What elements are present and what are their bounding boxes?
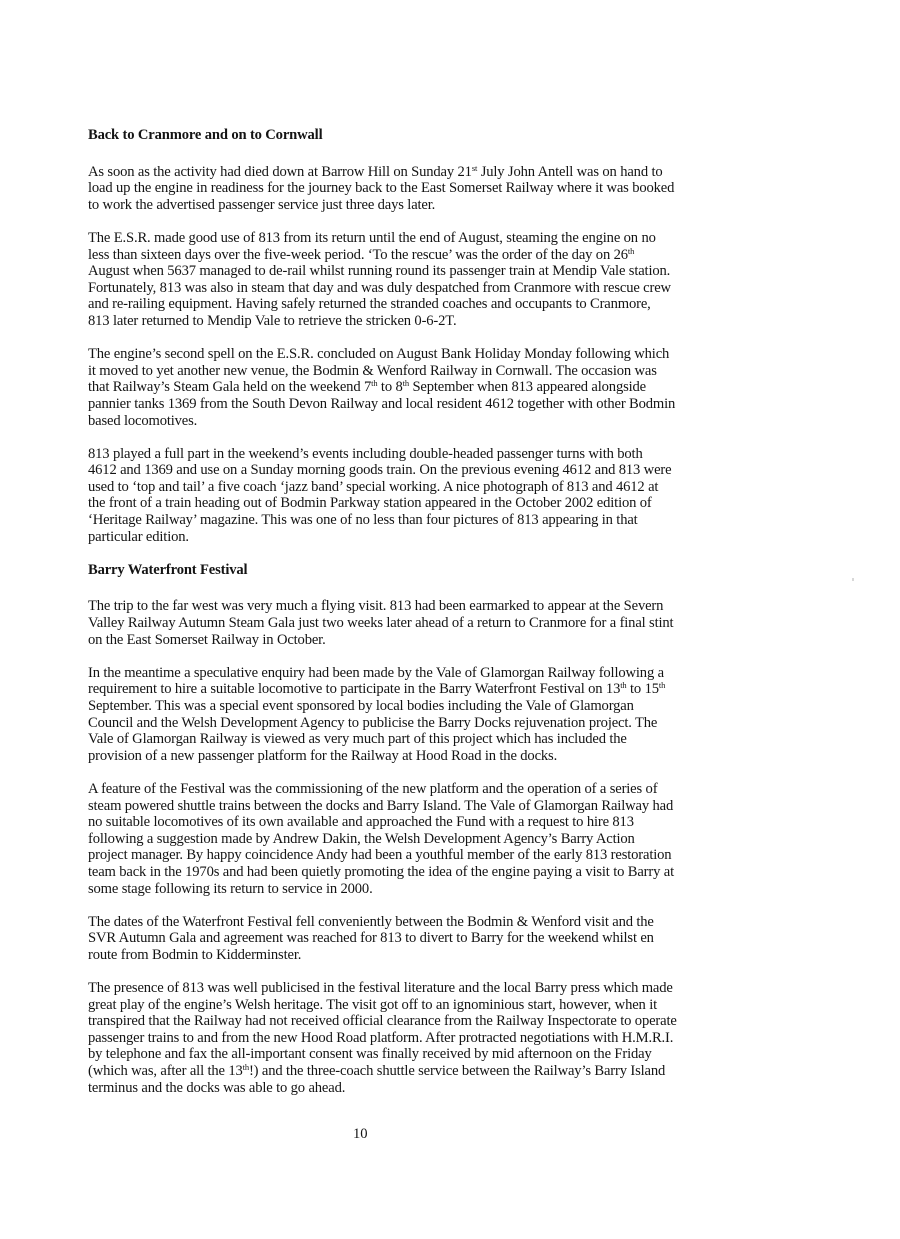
text-line: 813 played a full part in the weekend’s … (88, 446, 720, 463)
text-line: to work the advertised passenger service… (88, 197, 720, 214)
text-line: Council and the Welsh Development Agency… (88, 715, 720, 732)
text-line: In the meantime a speculative enquiry ha… (88, 665, 720, 682)
text-line: the front of a train heading out of Bodm… (88, 495, 720, 512)
text-line: and re-railing equipment. Having safely … (88, 296, 720, 313)
paragraph: The engine’s second spell on the E.S.R. … (88, 346, 720, 429)
text-line: great play of the engine’s Welsh heritag… (88, 997, 720, 1014)
section-back-to-cranmore: Back to Cranmore and on to Cornwall As s… (88, 127, 720, 545)
text-line: provision of a new passenger platform fo… (88, 748, 720, 765)
text-line: based locomotives. (88, 413, 720, 430)
text-line: steam powered shuttle trains between the… (88, 798, 720, 815)
text-line: project manager. By happy coincidence An… (88, 847, 720, 864)
scan-speck (852, 578, 854, 581)
paragraph: The presence of 813 was well publicised … (88, 980, 720, 1096)
paragraph: As soon as the activity had died down at… (88, 164, 720, 214)
section-barry-waterfront-festival: Barry Waterfront Festival The trip to th… (88, 562, 720, 1096)
text-line: The trip to the far west was very much a… (88, 598, 720, 615)
section-heading: Barry Waterfront Festival (88, 562, 720, 579)
text-line: less than sixteen days over the five-wee… (88, 247, 720, 264)
text-line: transpired that the Railway had not rece… (88, 1013, 720, 1030)
text-line: used to ‘top and tail’ a five coach ‘jaz… (88, 479, 720, 496)
text-line: some stage following its return to servi… (88, 881, 720, 898)
text-line: September. This was a special event spon… (88, 698, 720, 715)
paragraph: A feature of the Festival was the commis… (88, 781, 720, 897)
document-page: Back to Cranmore and on to Cornwall As s… (88, 127, 720, 1113)
text-line: Vale of Glamorgan Railway is viewed as v… (88, 731, 720, 748)
text-line: As soon as the activity had died down at… (88, 164, 720, 181)
paragraph: In the meantime a speculative enquiry ha… (88, 665, 720, 765)
text-line: pannier tanks 1369 from the South Devon … (88, 396, 720, 413)
paragraph: The dates of the Waterfront Festival fel… (88, 914, 720, 964)
text-line: team back in the 1970s and had been quie… (88, 864, 720, 881)
text-line: route from Bodmin to Kidderminster. (88, 947, 720, 964)
text-line: A feature of the Festival was the commis… (88, 781, 720, 798)
text-line: August when 5637 managed to de-rail whil… (88, 263, 720, 280)
text-line: no suitable locomotives of its own avail… (88, 814, 720, 831)
text-line: that Railway’s Steam Gala held on the we… (88, 379, 720, 396)
text-line: it moved to yet another new venue, the B… (88, 363, 720, 380)
text-line: by telephone and fax the all-important c… (88, 1046, 720, 1063)
text-line: 813 later returned to Mendip Vale to ret… (88, 313, 720, 330)
text-line: ‘Heritage Railway’ magazine. This was on… (88, 512, 720, 529)
text-line: passenger trains to and from the new Hoo… (88, 1030, 720, 1047)
section-heading: Back to Cranmore and on to Cornwall (88, 127, 720, 144)
text-line: (which was, after all the 13th!) and the… (88, 1063, 720, 1080)
paragraph: The trip to the far west was very much a… (88, 598, 720, 648)
paragraph: 813 played a full part in the weekend’s … (88, 446, 720, 546)
text-line: The dates of the Waterfront Festival fel… (88, 914, 720, 931)
text-line: requirement to hire a suitable locomotiv… (88, 681, 720, 698)
text-line: following a suggestion made by Andrew Da… (88, 831, 720, 848)
text-line: Fortunately, 813 was also in steam that … (88, 280, 720, 297)
text-line: load up the engine in readiness for the … (88, 180, 720, 197)
text-line: on the East Somerset Railway in October. (88, 632, 720, 649)
text-line: The engine’s second spell on the E.S.R. … (88, 346, 720, 363)
text-line: SVR Autumn Gala and agreement was reache… (88, 930, 720, 947)
page-number: 10 (353, 1126, 368, 1143)
text-line: 4612 and 1369 and use on a Sunday mornin… (88, 462, 720, 479)
paragraph: The E.S.R. made good use of 813 from its… (88, 230, 720, 330)
text-line: particular edition. (88, 529, 720, 546)
text-line: terminus and the docks was able to go ah… (88, 1080, 720, 1097)
text-line: Valley Railway Autumn Steam Gala just tw… (88, 615, 720, 632)
text-line: The presence of 813 was well publicised … (88, 980, 720, 997)
text-line: The E.S.R. made good use of 813 from its… (88, 230, 720, 247)
